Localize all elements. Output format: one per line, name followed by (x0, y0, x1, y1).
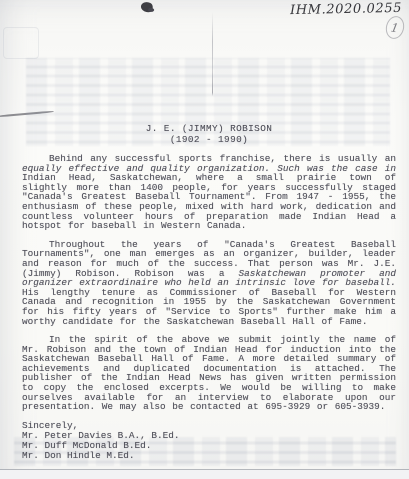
scratch-mark (0, 110, 54, 117)
document-page: IHM.2020.0255 1 J. E. (JIMMY) ROBISON (1… (0, 0, 409, 479)
paragraph-nomination: In the spirit of the above we submit joi… (22, 335, 396, 412)
title-dates: (1902 - 1990) (22, 134, 396, 145)
title-name: J. E. (JIMMY) ROBISON (22, 123, 396, 134)
paragraph-robison-achievements: Throughout the years of "Canada's Greate… (22, 240, 396, 326)
letter-body: J. E. (JIMMY) ROBISON (1902 - 1990) Behi… (22, 123, 396, 460)
page-number: 1 (390, 20, 400, 35)
signatory-3: Mr. Don Hindle M.Ed. (22, 451, 396, 461)
scan-artifact-box (3, 27, 39, 59)
letter-title: J. E. (JIMMY) ROBISON (1902 - 1990) (22, 123, 396, 145)
signature-block: Sincerely, Mr. Peter Davies B.A., B.Ed. … (22, 421, 396, 461)
ink-smudge (139, 0, 154, 14)
fold-crease (212, 12, 213, 96)
scanner-bed-strip (0, 470, 409, 479)
page-number-circle: 1 (383, 14, 406, 41)
paragraph-introduction: Behind any successful sports franchise, … (22, 154, 396, 231)
accession-number: IHM.2020.0255 (290, 1, 402, 18)
